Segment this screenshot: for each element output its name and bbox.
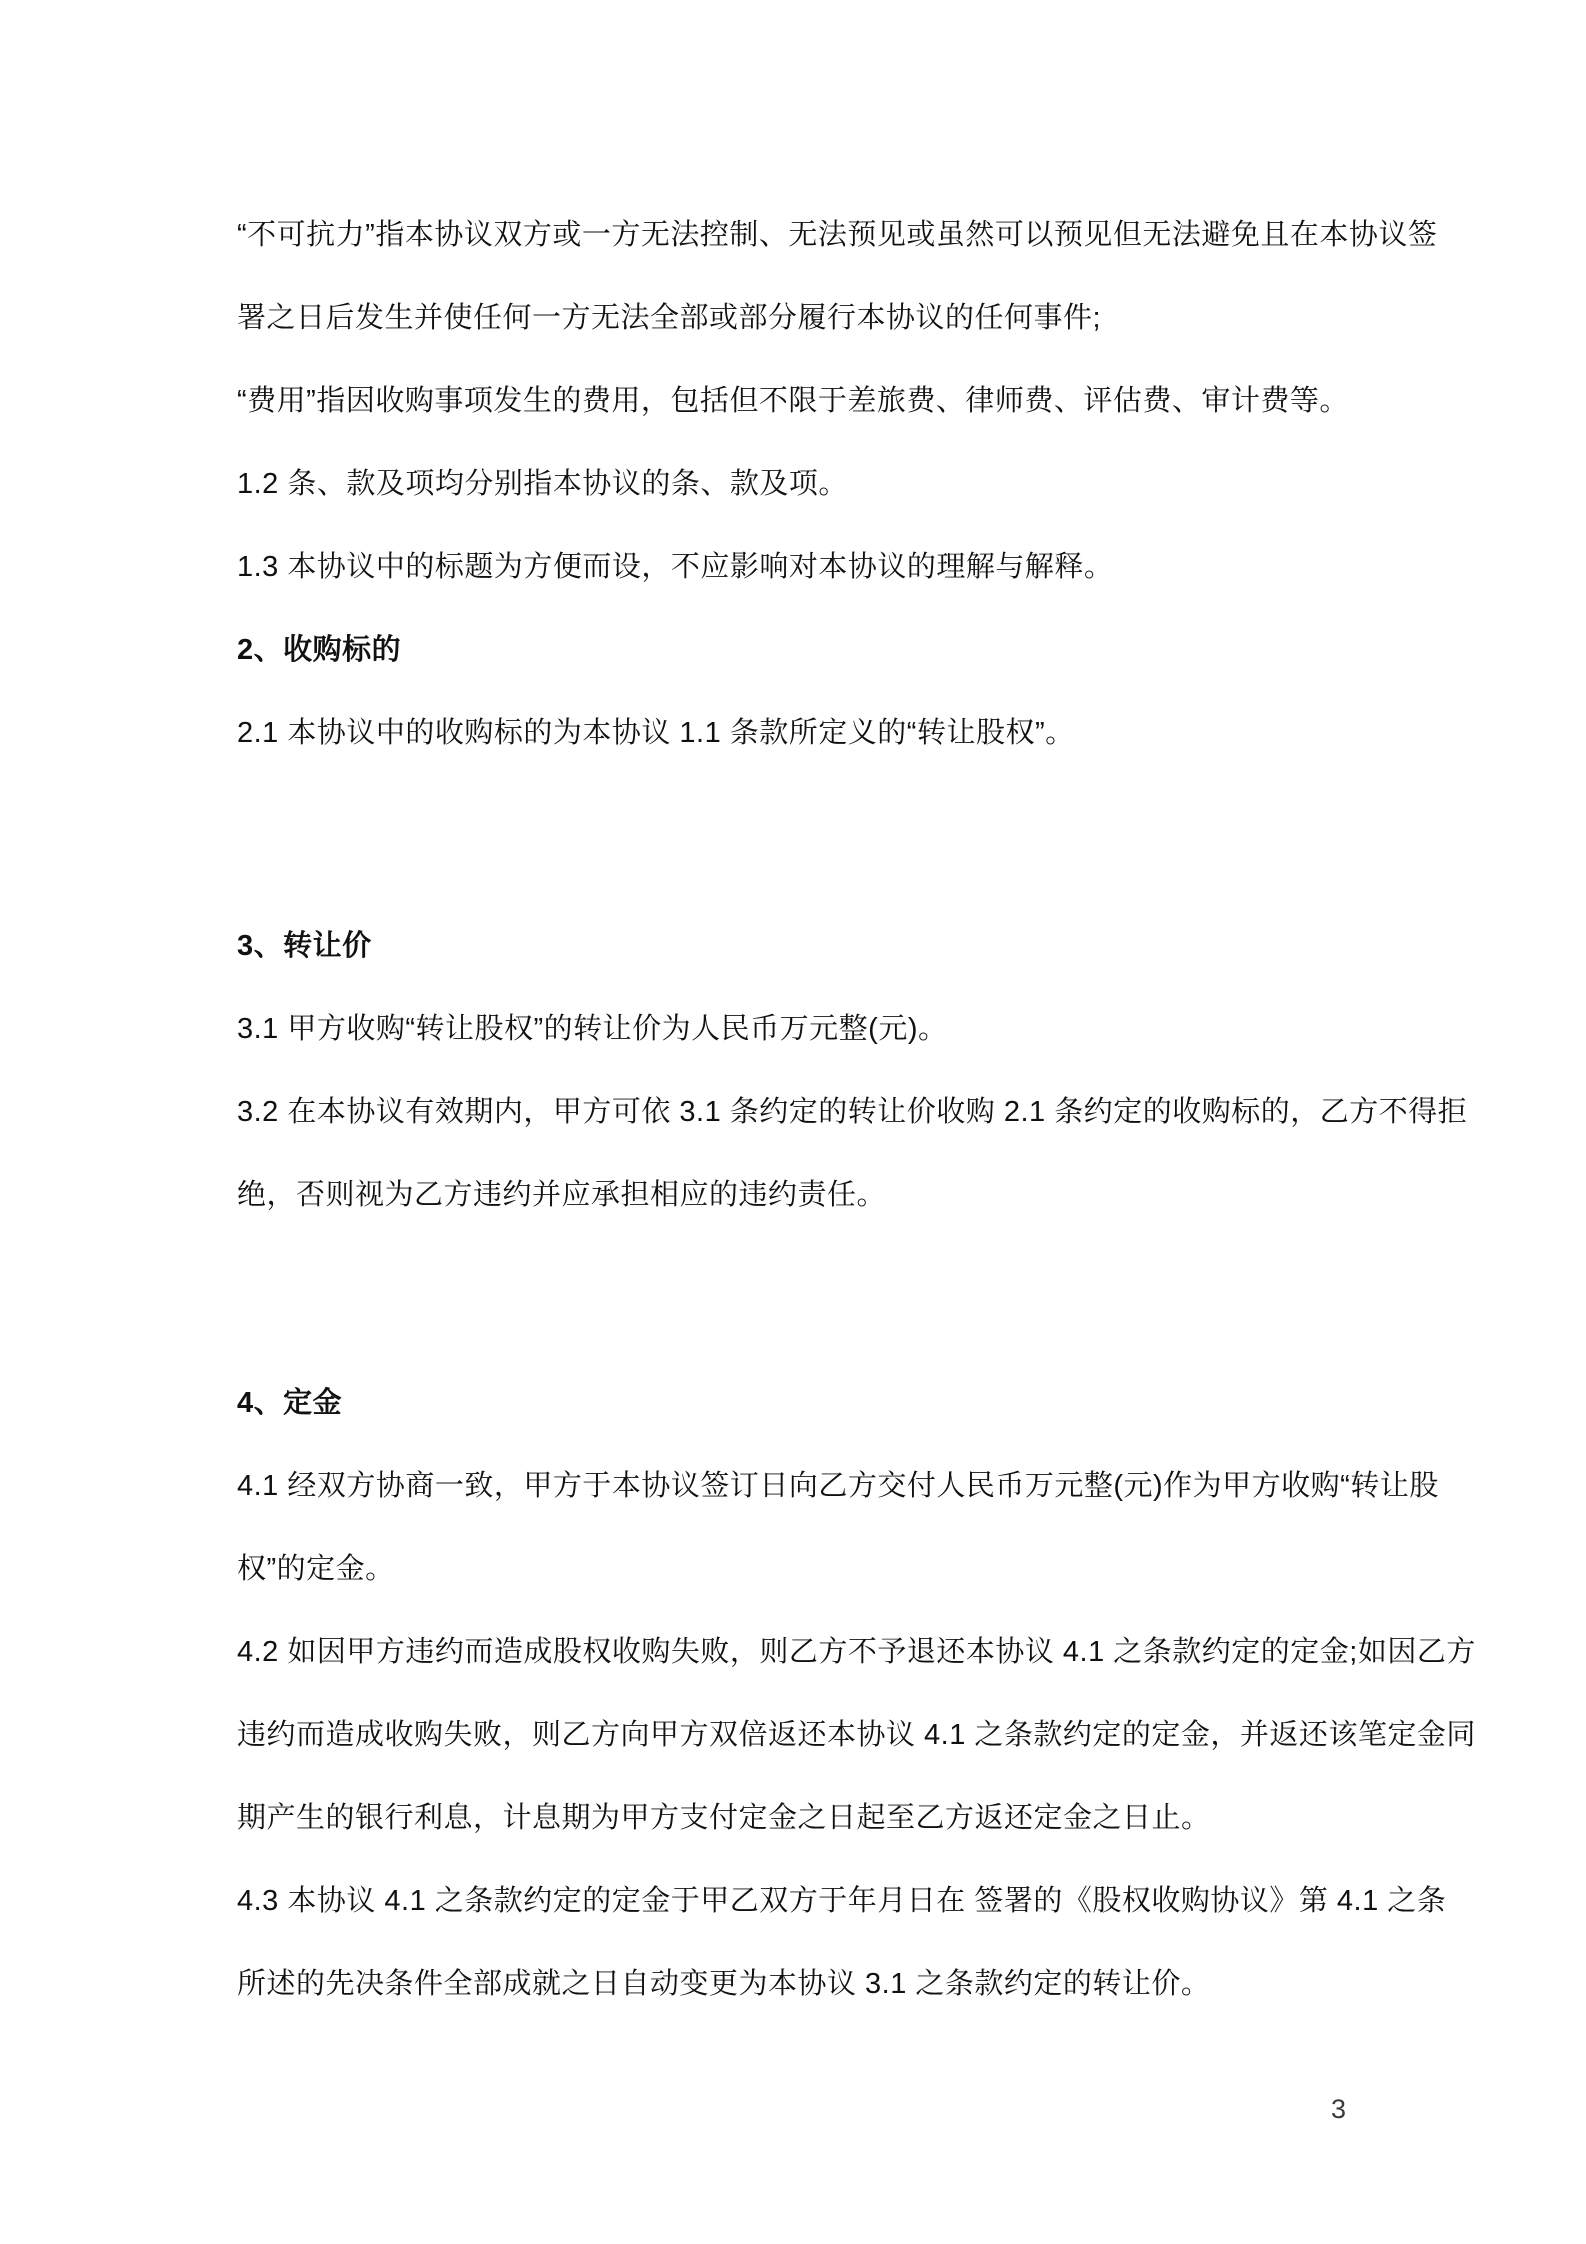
line-clause-1-3: 1.3 本协议中的标题为方便而设，不应影响对本协议的理解与解释。 <box>237 549 1349 632</box>
line-force-majeure-def-1: “不可抗力”指本协议双方或一方无法控制、无法预见或虽然可以预见但无法避免且在本协… <box>237 217 1349 300</box>
document-page: “不可抗力”指本协议双方或一方无法控制、无法预见或虽然可以预见但无法避免且在本协… <box>0 0 1586 2244</box>
line-clause-2-1: 2.1 本协议中的收购标的为本协议 1.1 条款所定义的“转让股权”。 <box>237 715 1349 798</box>
line-clause-4-2a: 4.2 如因甲方违约而造成股权收购失败，则乙方不予退还本协议 4.1 之条款约定… <box>237 1634 1349 1717</box>
section-gap <box>237 1260 1349 1385</box>
document-body: “不可抗力”指本协议双方或一方无法控制、无法预见或虽然可以预见但无法避免且在本协… <box>237 217 1349 2049</box>
line-fees-def: “费用”指因收购事项发生的费用，包括但不限于差旅费、律师费、评估费、审计费等。 <box>237 383 1349 466</box>
section-heading-4: 4、定金 <box>237 1385 1349 1468</box>
line-clause-4-3a: 4.3 本协议 4.1 之条款约定的定金于甲乙双方于年月日在 签署的《股权收购协… <box>237 1883 1349 1966</box>
line-clause-4-3b: 所述的先决条件全部成就之日自动变更为本协议 3.1 之条款约定的转让价。 <box>237 1966 1349 2049</box>
line-clause-1-2: 1.2 条、款及项均分别指本协议的条、款及项。 <box>237 466 1349 549</box>
page-number: 3 <box>1331 2093 1346 2125</box>
section-heading-3: 3、转让价 <box>237 928 1349 1011</box>
line-clause-4-1b: 权”的定金。 <box>237 1551 1349 1634</box>
line-clause-4-2b: 违约而造成收购失败，则乙方向甲方双倍返还本协议 4.1 之条款约定的定金，并返还… <box>237 1717 1349 1800</box>
line-clause-4-1a: 4.1 经双方协商一致，甲方于本协议签订日向乙方交付人民币万元整(元)作为甲方收… <box>237 1468 1349 1551</box>
section-gap <box>237 798 1349 928</box>
line-clause-3-2b: 绝，否则视为乙方违约并应承担相应的违约责任。 <box>237 1177 1349 1260</box>
line-clause-3-1: 3.1 甲方收购“转让股权”的转让价为人民币万元整(元)。 <box>237 1011 1349 1094</box>
line-clause-4-2c: 期产生的银行利息，计息期为甲方支付定金之日起至乙方返还定金之日止。 <box>237 1800 1349 1883</box>
line-clause-3-2a: 3.2 在本协议有效期内，甲方可依 3.1 条约定的转让价收购 2.1 条约定的… <box>237 1094 1349 1177</box>
section-heading-2: 2、收购标的 <box>237 632 1349 715</box>
line-force-majeure-def-2: 署之日后发生并使任何一方无法全部或部分履行本协议的任何事件; <box>237 300 1349 383</box>
